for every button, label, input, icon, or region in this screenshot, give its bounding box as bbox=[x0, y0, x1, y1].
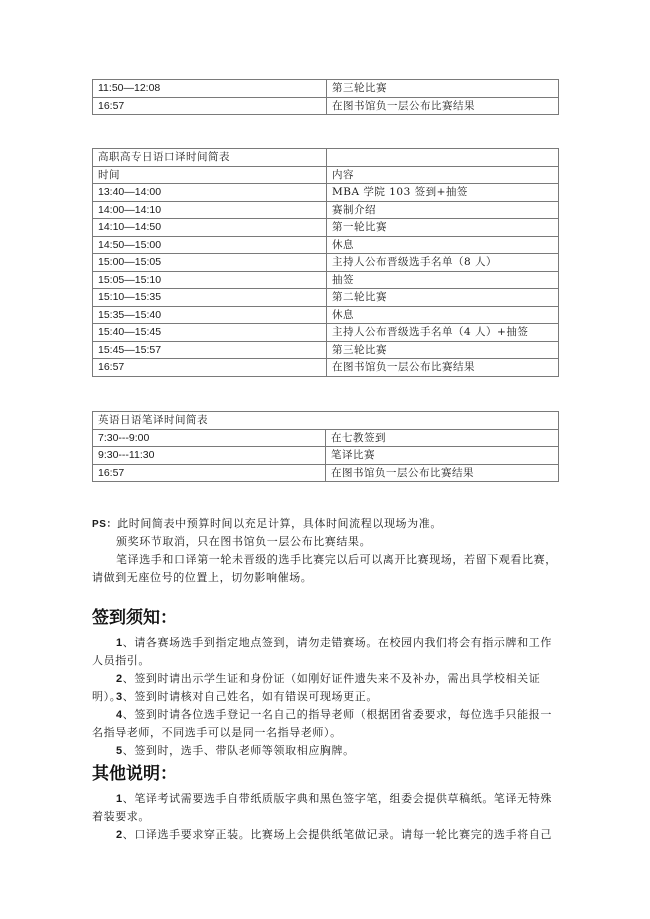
time-cell: 7:30---9:00 bbox=[93, 429, 326, 447]
table-row: 15:40—15:45 主持人公布晋级选手名单（4 人）+抽签 bbox=[93, 324, 559, 342]
time-cell: 16:57 bbox=[93, 97, 327, 115]
time-cell: 15:35—15:40 bbox=[93, 306, 327, 324]
table-row: 15:10—15:35 第二轮比赛 bbox=[93, 289, 559, 307]
schedule-table-continued: 11:50—12:08 第三轮比赛 16:57 在图书馆负一层公布比赛结果 bbox=[92, 79, 559, 115]
time-cell: 16:57 bbox=[93, 359, 327, 377]
content-cell: 抽签 bbox=[327, 271, 559, 289]
content-cell: 笔译比赛 bbox=[326, 447, 559, 465]
table-row: 13:40—14:00 MBA 学院 103 签到+抽签 bbox=[93, 184, 559, 202]
time-cell: 15:10—15:35 bbox=[93, 289, 327, 307]
table-row: 15:00—15:05 主持人公布晋级选手名单（8 人） bbox=[93, 254, 559, 272]
time-cell: 14:10—14:50 bbox=[93, 219, 327, 237]
empty-cell bbox=[327, 149, 559, 167]
time-cell: 14:00—14:10 bbox=[93, 201, 327, 219]
ps-note-line-1: PS：此时间简表中预算时间以充足计算，具体时间流程以现场为准。 bbox=[92, 515, 562, 534]
other-notes-heading: 其他说明： bbox=[92, 763, 177, 785]
table-title-row: 高职高专日语口译时间简表 bbox=[93, 149, 559, 167]
content-cell: 主持人公布晋级选手名单（4 人）+抽签 bbox=[327, 324, 559, 342]
time-cell: 15:45—15:57 bbox=[93, 341, 327, 359]
ps-note-line-2: 颁奖环节取消，只在图书馆负一层公布比赛结果。 bbox=[92, 533, 562, 551]
checkin-item-1: 1、请各赛场选手到指定地点签到，请勿走错赛场。在校园内我们将会有指示牌和工作人员… bbox=[92, 634, 562, 670]
document-page: 11:50—12:08 第三轮比赛 16:57 在图书馆负一层公布比赛结果 高职… bbox=[0, 0, 650, 919]
content-cell: 在图书馆负一层公布比赛结果 bbox=[327, 359, 559, 377]
table-row: 7:30---9:00 在七教签到 bbox=[93, 429, 559, 447]
table-row: 9:30---11:30 笔译比赛 bbox=[93, 447, 559, 465]
other-item-1: 1、笔译考试需要选手自带纸质版字典和黑色签字笔，组委会提供草稿纸。笔译无特殊着装… bbox=[92, 790, 562, 826]
table-row: 16:57 在图书馆负一层公布比赛结果 bbox=[93, 359, 559, 377]
table-row: 15:35—15:40 休息 bbox=[93, 306, 559, 324]
table-title-row: 英语日语笔译时间简表 bbox=[93, 412, 559, 430]
content-cell: 第三轮比赛 bbox=[327, 80, 559, 98]
table-title: 英语日语笔译时间简表 bbox=[93, 412, 559, 430]
time-cell: 16:57 bbox=[93, 464, 326, 482]
time-cell: 9:30---11:30 bbox=[93, 447, 326, 465]
content-cell: MBA 学院 103 签到+抽签 bbox=[327, 184, 559, 202]
table-row: 11:50—12:08 第三轮比赛 bbox=[93, 80, 559, 98]
ps-text: 此时间简表中预算时间以充足计算，具体时间流程以现场为准。 bbox=[117, 517, 442, 530]
checkin-item-4: 4、签到时请各位选手登记一名自己的指导老师（根据团省委要求，每位选手只能报一名指… bbox=[92, 706, 562, 742]
content-cell: 赛制介绍 bbox=[327, 201, 559, 219]
content-cell: 主持人公布晋级选手名单（8 人） bbox=[327, 254, 559, 272]
table-row: 14:50—15:00 休息 bbox=[93, 236, 559, 254]
table-title: 高职高专日语口译时间简表 bbox=[93, 149, 327, 167]
table-row: 14:10—14:50 第一轮比赛 bbox=[93, 219, 559, 237]
content-cell: 第一轮比赛 bbox=[327, 219, 559, 237]
ps-note-line-3: 笔译选手和口译第一轮未晋级的选手比赛完以后可以离开比赛现场，若留下观看比赛，请做… bbox=[92, 551, 562, 587]
oral-interpretation-schedule-table: 高职高专日语口译时间简表 时间 内容 13:40—14:00 MBA 学院 10… bbox=[92, 148, 559, 377]
table-row: 15:05—15:10 抽签 bbox=[93, 271, 559, 289]
content-cell: 在图书馆负一层公布比赛结果 bbox=[327, 97, 559, 115]
content-cell: 休息 bbox=[327, 306, 559, 324]
column-header-content: 内容 bbox=[327, 166, 559, 184]
content-cell: 在图书馆负一层公布比赛结果 bbox=[326, 464, 559, 482]
table-header-row: 时间 内容 bbox=[93, 166, 559, 184]
content-cell: 在七教签到 bbox=[326, 429, 559, 447]
checkin-item-3: 3、签到时请核对自己姓名，如有错误可现场更正。 bbox=[92, 688, 562, 706]
table-row: 15:45—15:57 第三轮比赛 bbox=[93, 341, 559, 359]
content-cell: 休息 bbox=[327, 236, 559, 254]
checkin-heading: 签到须知： bbox=[92, 607, 177, 629]
ps-label: PS： bbox=[92, 519, 117, 530]
column-header-time: 时间 bbox=[93, 166, 327, 184]
time-cell: 15:40—15:45 bbox=[93, 324, 327, 342]
table-row: 16:57 在图书馆负一层公布比赛结果 bbox=[93, 97, 559, 115]
checkin-item-5: 5、签到时，选手、带队老师等领取相应胸牌。 bbox=[92, 742, 562, 760]
table-row: 14:00—14:10 赛制介绍 bbox=[93, 201, 559, 219]
time-cell: 15:00—15:05 bbox=[93, 254, 327, 272]
content-cell: 第三轮比赛 bbox=[327, 341, 559, 359]
time-cell: 14:50—15:00 bbox=[93, 236, 327, 254]
written-translation-schedule-table: 英语日语笔译时间简表 7:30---9:00 在七教签到 9:30---11:3… bbox=[92, 411, 559, 482]
time-cell: 11:50—12:08 bbox=[93, 80, 327, 98]
other-item-2: 2、口译选手要求穿正装。比赛场上会提供纸笔做记录。请每一轮比赛完的选手将自己 bbox=[92, 826, 562, 844]
table-row: 16:57 在图书馆负一层公布比赛结果 bbox=[93, 464, 559, 482]
time-cell: 13:40—14:00 bbox=[93, 184, 327, 202]
content-cell: 第二轮比赛 bbox=[327, 289, 559, 307]
time-cell: 15:05—15:10 bbox=[93, 271, 327, 289]
